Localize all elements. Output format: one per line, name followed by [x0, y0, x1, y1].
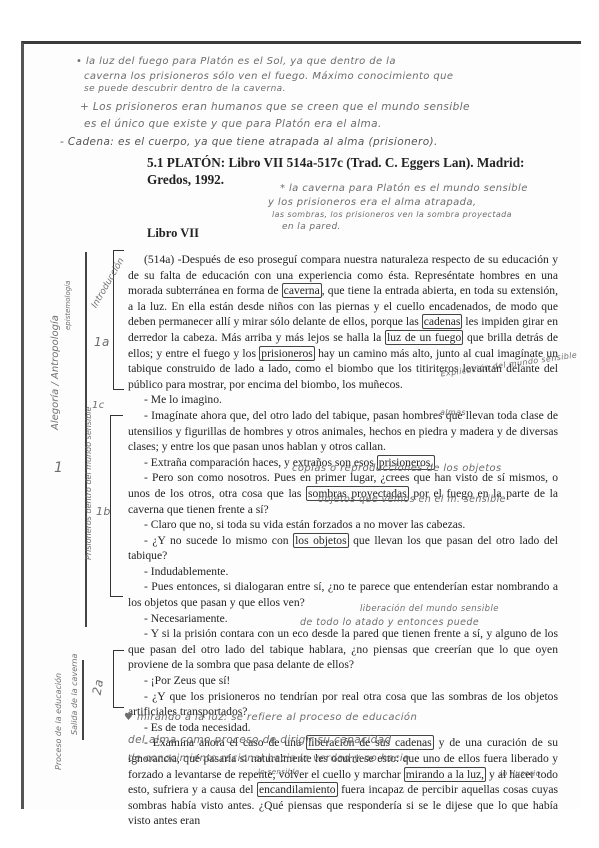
paragraph-6: - Claro que no, si toda su vida están fo… — [128, 517, 558, 533]
paragraph-3: - Imagínate ahora que, del otro lado del… — [128, 408, 558, 455]
margin-bracket-2a — [113, 650, 124, 708]
handnote-liberacion-1: liberación del mundo sensible — [360, 604, 499, 614]
handnote-bottom-2: del alma como proceso de dirigir su capa… — [128, 734, 392, 746]
paragraph-8: - Indudablemente. — [128, 564, 558, 580]
margin-label-1b: 1b — [96, 505, 111, 518]
margin-label-epistemologia: epistemología — [64, 281, 72, 330]
margin-label-alegoria: Alegoría / Antropología — [50, 315, 61, 430]
handnote-top-2: caverna los prisioneros sólo ven el fueg… — [84, 71, 453, 82]
handnote-bottom-4: lo sensible. — [258, 768, 302, 776]
handnote-top-4: + Los prisioneros eran humanos que se cr… — [80, 101, 470, 113]
handnote-title-4: en la pared. — [282, 222, 341, 232]
margin-label-1c: 1c — [92, 400, 105, 411]
handnote-bottom-1: ♥ mirando a la luz: se refiere al proces… — [124, 712, 417, 723]
margin-label-2a: 2a — [90, 678, 107, 696]
handnote-objetos: objetos que vemos en el m. sensible — [318, 494, 506, 505]
handnote-title-2: y los prisioneros era el alma atrapada, — [268, 197, 477, 208]
paragraph-reply-1: - Me lo imagino. — [128, 392, 558, 408]
paragraph-15: - Examina ahora el caso de una liberació… — [128, 735, 558, 829]
paragraph-7: - ¿Y no sucede lo mismo con los objetos … — [128, 533, 558, 564]
handnote-bottom-3: de conocimiento racional hacia la verdad… — [128, 753, 410, 764]
boxed-term-prisioneros: prisioneros — [259, 346, 315, 361]
margin-label-prisioneros: Prisioneros dentro del mundo sensible — [84, 407, 93, 560]
boxed-term-luz-fuego: luz de un fuego — [385, 330, 463, 345]
margin-label-salida: Salida de la caverna — [70, 654, 79, 735]
margin-label-1: 1 — [54, 460, 63, 476]
handnote-liberacion-2: de todo lo atado y entonces puede — [300, 617, 479, 628]
handnote-top-3: se puede descubrir dentro de la caverna. — [84, 84, 286, 94]
boxed-term-objetos: los objetos — [293, 533, 349, 548]
boxed-term-encandilamiento: encandilamiento — [257, 782, 338, 797]
handnote-copias: copias o reproducciones de los objetos — [292, 463, 502, 474]
handnote-title-1: * la caverna para Platón es el mundo sen… — [280, 183, 528, 194]
handnote-top-1: • la luz del fuego para Platón es el Sol… — [76, 56, 396, 67]
handnote-top-5: es el único que existe y que para Platón… — [84, 118, 382, 130]
margin-bracket-1b — [110, 415, 123, 597]
paragraph-11: - Y si la prisión contara con un eco des… — [128, 626, 558, 673]
paragraph-12: - ¡Por Zeus que sí! — [128, 673, 558, 689]
boxed-term-cadenas: cadenas — [422, 314, 463, 329]
margin-label-1a: 1a — [94, 335, 110, 349]
handnote-top-6: - Cadena: es el cuerpo, ya que tiene atr… — [60, 136, 438, 148]
margin-label-proceso: Proceso de la educación — [54, 673, 63, 770]
boxed-term-mirando-luz: mirando a la luz, — [404, 767, 486, 782]
handnote-almas: almas — [440, 408, 466, 417]
paragraph-514a: (514a) -Después de eso proseguí compara … — [128, 252, 558, 392]
margin-line-lower — [82, 660, 84, 740]
document-subheading: Libro VII — [147, 226, 199, 241]
boxed-term-caverna: caverna — [282, 283, 322, 298]
handnote-bottom-5: lo ilusorio — [500, 769, 541, 778]
text-segment: - ¿Y no sucede lo mismo con — [144, 534, 293, 547]
handnote-title-3: las sombras, los prisioneros ven la somb… — [272, 210, 512, 219]
